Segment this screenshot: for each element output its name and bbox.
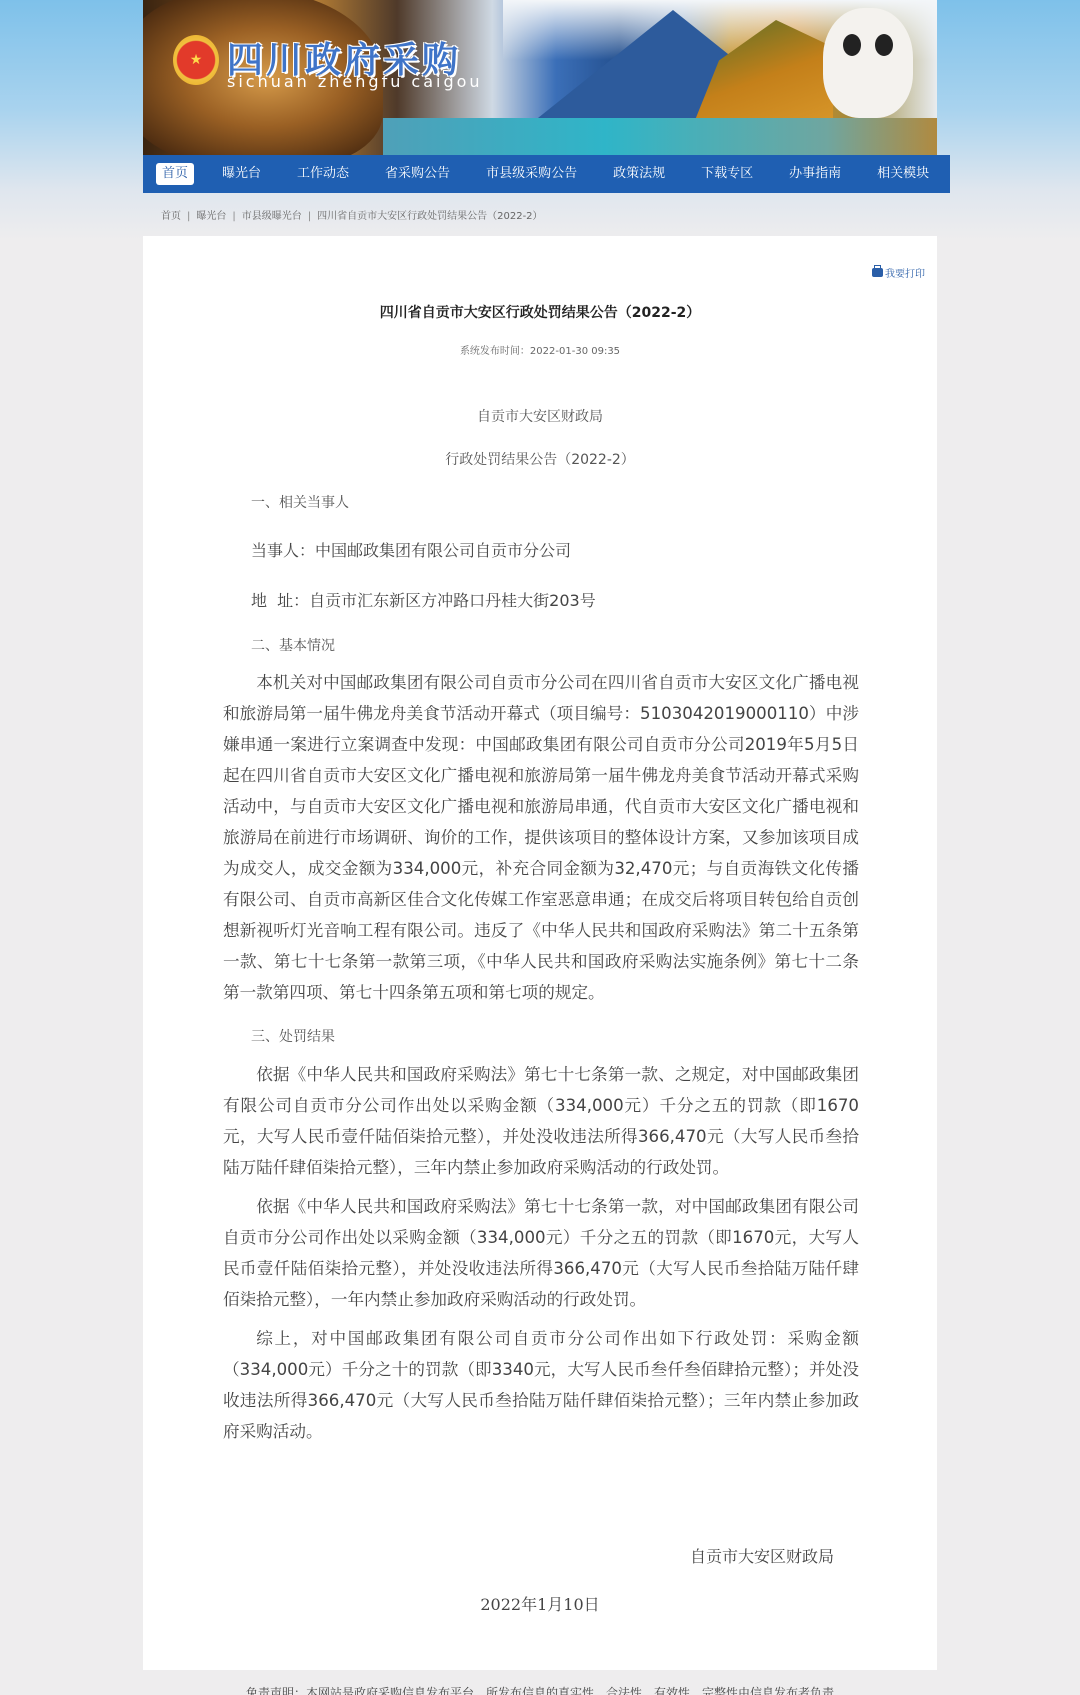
banner-lake xyxy=(383,118,937,155)
notice-subtitle: 行政处罚结果公告（2022-2） xyxy=(143,449,937,469)
nav-item-policies[interactable]: 政策法规 xyxy=(607,163,671,185)
national-emblem-icon: ★ xyxy=(173,35,219,85)
emblem-star-icon: ★ xyxy=(190,52,203,68)
nav-item-provincial-notices[interactable]: 省采购公告 xyxy=(379,163,456,185)
summary-paragraph: 综上，对中国邮政集团有限公司自贡市分公司作出如下行政处罚：采购金额（334,00… xyxy=(223,1323,859,1447)
penalty-paragraph-2: 依据《中华人民共和国政府采购法》第七十七条第一款，对中国邮政集团有限公司自贡市分… xyxy=(223,1191,859,1315)
penalty-paragraph-1: 依据《中华人民共和国政府采购法》第七十七条第一款、之规定，对中国邮政集团有限公司… xyxy=(223,1059,859,1183)
nav-item-work-news[interactable]: 工作动态 xyxy=(291,163,355,185)
address-line: 地 址：自贡市汇东新区方冲路口丹桂大街203号 xyxy=(251,588,596,611)
issuer-heading: 自贡市大安区财政局 xyxy=(143,406,937,426)
nav-item-related-modules[interactable]: 相关模块 xyxy=(871,163,935,185)
breadcrumb-exposure[interactable]: 曝光台 xyxy=(196,211,226,222)
nav-item-guide[interactable]: 办事指南 xyxy=(783,163,847,185)
article-panel: 我要打印 四川省自贡市大安区行政处罚结果公告（2022-2） 系统发布时间：20… xyxy=(143,236,937,1670)
breadcrumb-separator: | xyxy=(232,211,235,222)
breadcrumb: 首页|曝光台|市县级曝光台|四川省自贡市大安区行政处罚结果公告（2022-2） xyxy=(161,207,543,222)
main-nav: 首页 曝光台 工作动态 省采购公告 市县级采购公告 政策法规 下载专区 办事指南… xyxy=(143,155,950,193)
print-button[interactable]: 我要打印 xyxy=(872,265,925,280)
basic-facts-paragraph: 本机关对中国邮政集团有限公司自贡市分公司在四川省自贡市大安区文化广播电视和旅游局… xyxy=(223,667,859,1008)
breadcrumb-home[interactable]: 首页 xyxy=(161,211,181,222)
printer-icon xyxy=(872,268,883,277)
nav-item-exposure[interactable]: 曝光台 xyxy=(216,163,267,185)
breadcrumb-current[interactable]: 四川省自贡市大安区行政处罚结果公告（2022-2） xyxy=(317,211,542,222)
breadcrumb-city-exposure[interactable]: 市县级曝光台 xyxy=(242,211,302,222)
section-1-heading: 一、相关当事人 xyxy=(251,492,349,512)
party-line: 当事人：中国邮政集团有限公司自贡市分公司 xyxy=(251,538,571,561)
site-subtitle: sichuan zhengfu caigou xyxy=(227,72,483,91)
print-label: 我要打印 xyxy=(885,265,925,280)
nav-item-downloads[interactable]: 下载专区 xyxy=(695,163,759,185)
breadcrumb-separator: | xyxy=(187,211,190,222)
nav-item-home[interactable]: 首页 xyxy=(156,163,194,185)
banner-panda xyxy=(823,8,913,118)
section-3-heading: 三、处罚结果 xyxy=(251,1026,335,1046)
publish-time: 系统发布时间：2022-01-30 09:35 xyxy=(143,342,937,357)
article-title: 四川省自贡市大安区行政处罚结果公告（2022-2） xyxy=(143,302,937,322)
nav-item-city-county-notices[interactable]: 市县级采购公告 xyxy=(480,163,583,185)
footer-disclaimer: 免责声明：本网站是政府采购信息发布平台，所发布信息的真实性、合法性、有效性、完整… xyxy=(0,1684,1080,1695)
site-banner: ★ 四川政府采购 sichuan zhengfu caigou xyxy=(143,0,937,155)
notice-date: 2022年1月10日 xyxy=(143,1592,937,1615)
breadcrumb-separator: | xyxy=(308,211,311,222)
signature: 自贡市大安区财政局 xyxy=(690,1544,834,1567)
section-2-heading: 二、基本情况 xyxy=(251,635,335,655)
